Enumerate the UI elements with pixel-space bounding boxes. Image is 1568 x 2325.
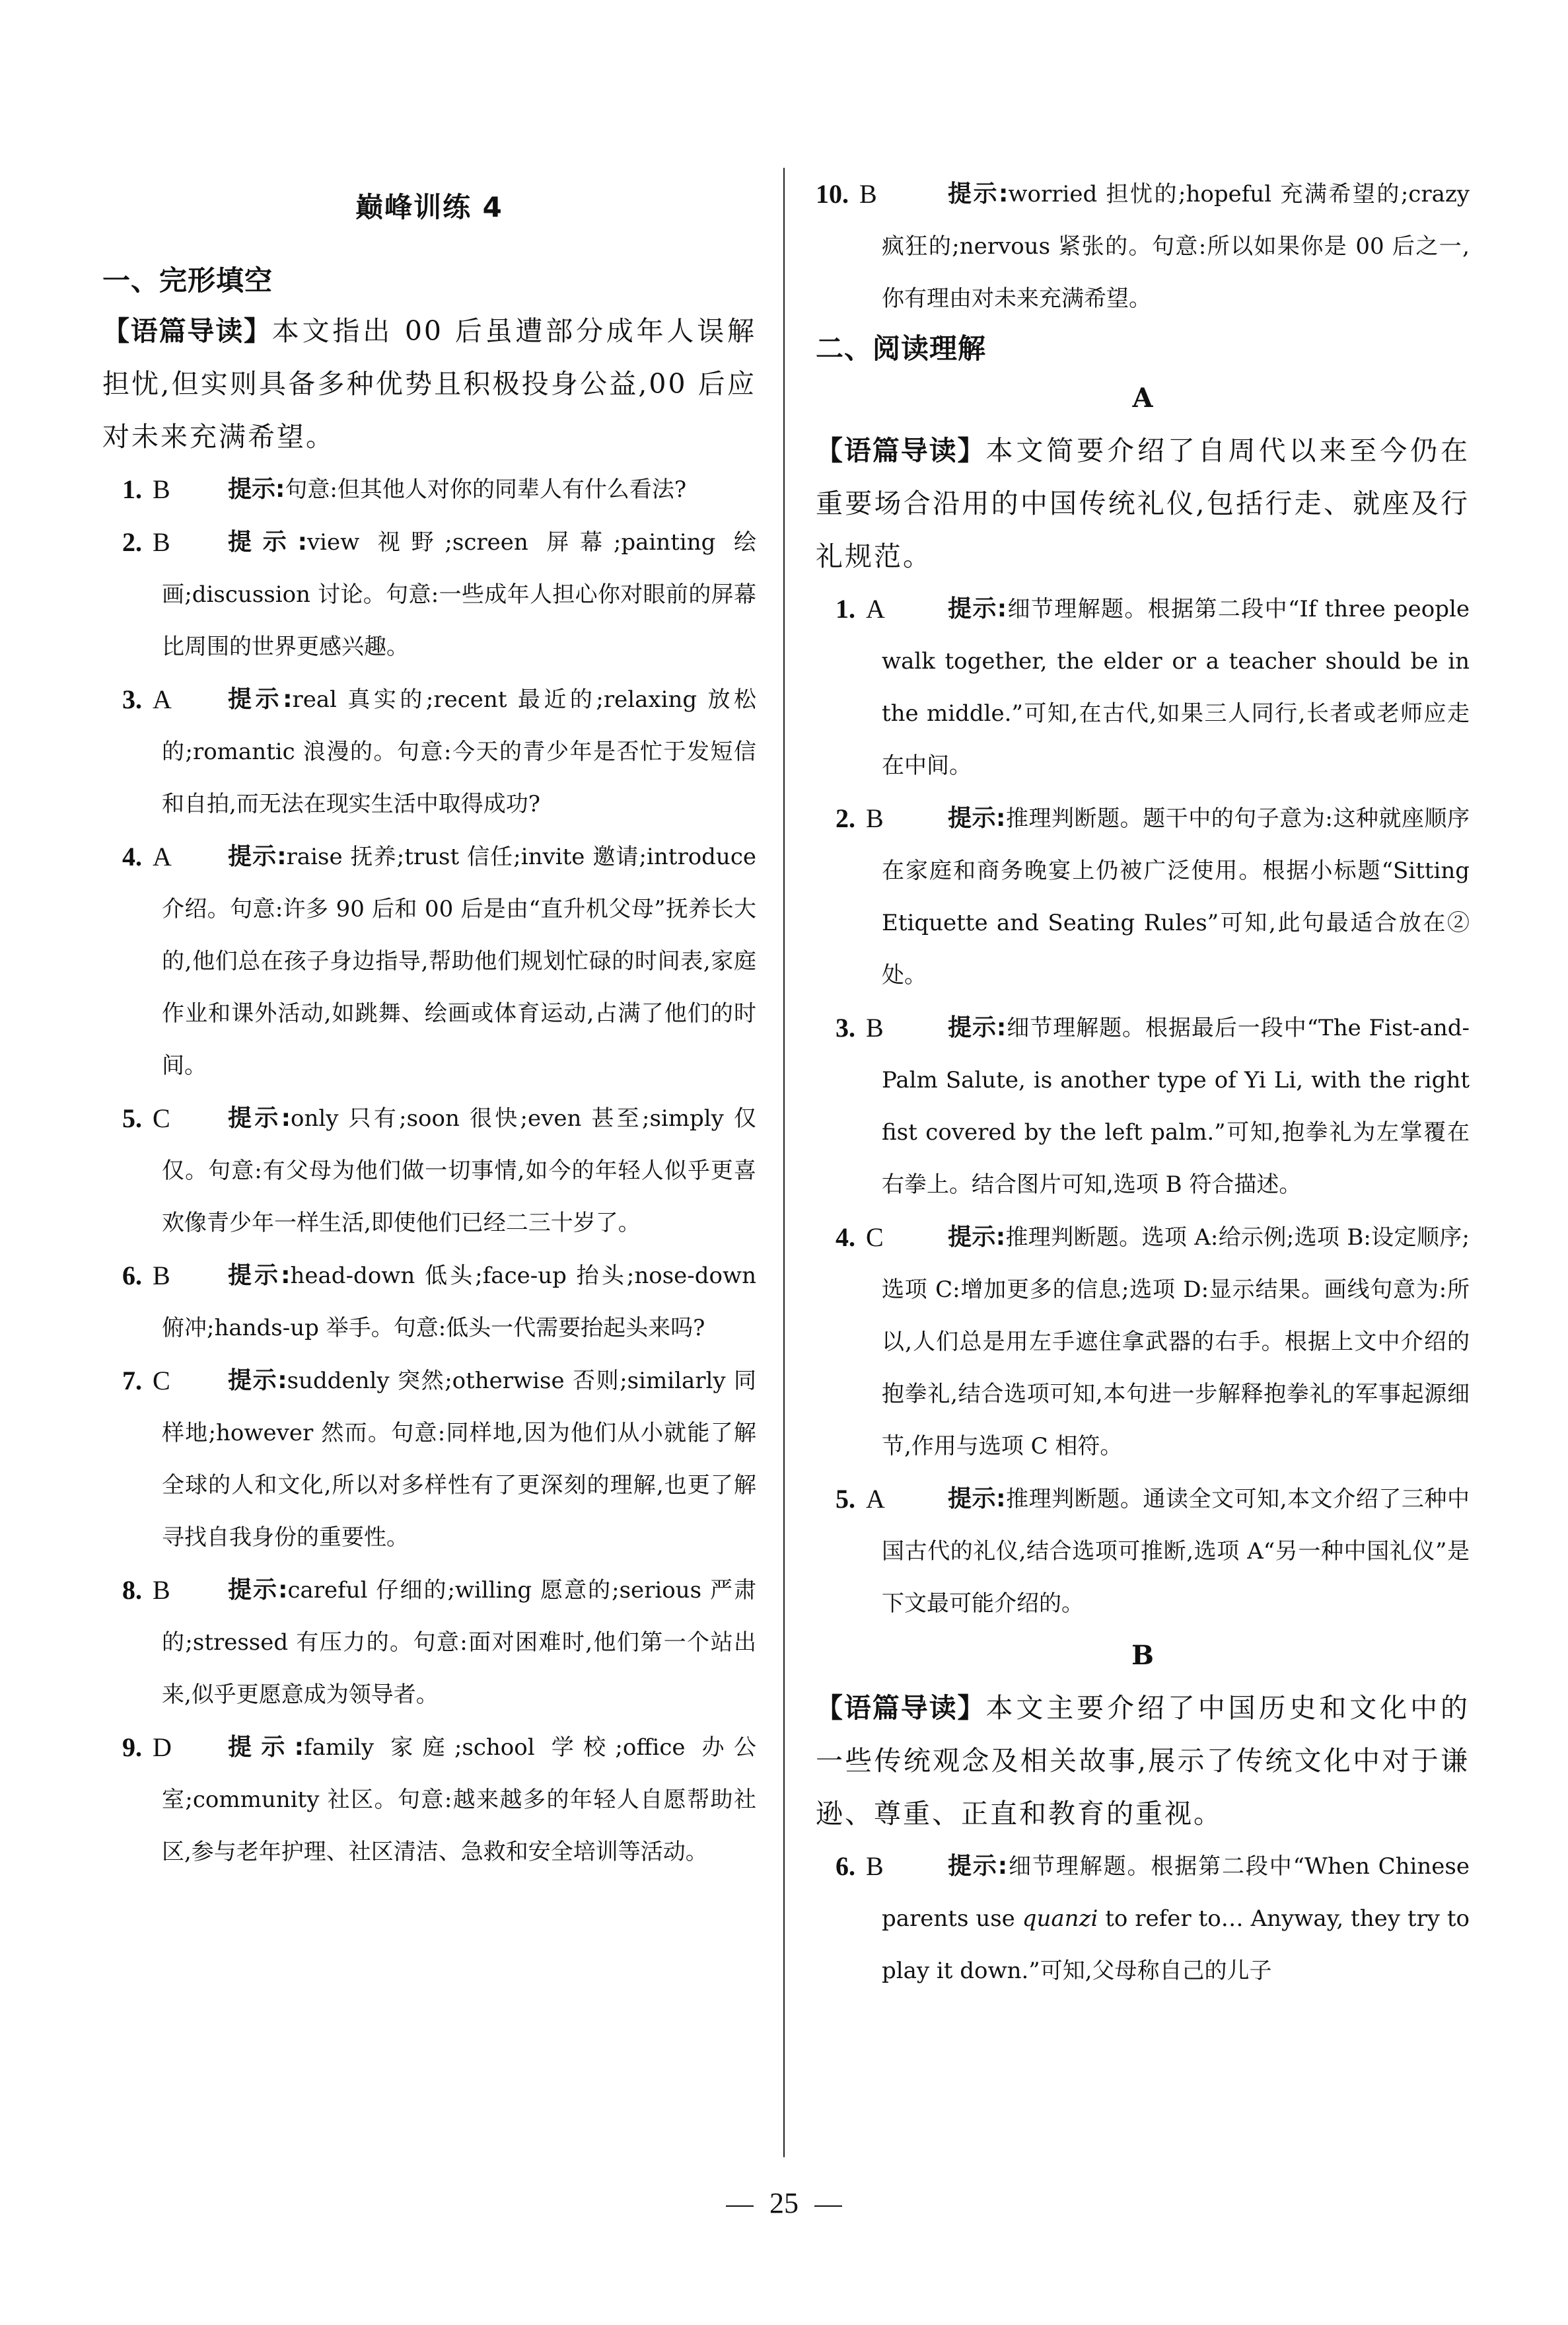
answer-item-7: 7.C 提示:suddenly 突然;otherwise 否则;similarl… (102, 1354, 756, 1564)
intro-label: 【语篇导读】 (816, 1692, 985, 1724)
hint-label: 提示: (228, 1105, 291, 1132)
hint-label: 提示: (948, 595, 1007, 622)
item-answer: B (153, 1261, 170, 1290)
intro-label: 【语篇导读】 (816, 435, 985, 466)
section-heading-cloze: 一、完形填空 (102, 257, 756, 305)
item-body: 提示:细节理解题。根据最后一段中“The Fist-and-Palm Salut… (882, 1002, 1470, 1211)
hint-text: 句意:但其他人对你的同辈人有什么看法? (285, 476, 686, 503)
item-head: 7.C (122, 1354, 170, 1409)
hint-label: 提示: (228, 1576, 287, 1604)
item-body: 提示:细节理解题。根据第二段中“When Chinese parents use… (882, 1840, 1470, 1997)
hint-text: 细节理解题。根据第二段中“If three people walk togeth… (882, 596, 1470, 779)
hint-label: 提示: (948, 805, 1005, 832)
item-head: 1.B (122, 463, 170, 517)
item-head: 4.A (122, 830, 172, 885)
item-body: 提示:推理判断题。选项 A:给示例;选项 B:设定顺序;选项 C:增加更多的信息… (882, 1211, 1470, 1473)
hint-label: 提示: (948, 1485, 1006, 1512)
passage-intro-cloze: 【语篇导读】本文指出 00 后虽遭部分成年人误解担忧,但实则具备多种优势且积极投… (102, 305, 756, 463)
item-answer: D (153, 1732, 172, 1762)
answer-item-1: 1.B 提示:句意:但其他人对你的同辈人有什么看法? (102, 463, 756, 516)
hint-label: 提示: (948, 1224, 1005, 1251)
answer-item-5: 5.C 提示:only 只有;soon 很快;even 甚至;simply 仅仅… (102, 1092, 756, 1249)
item-head: 1.A (836, 583, 885, 637)
page-number-value: 25 (769, 2187, 799, 2219)
answer-item-a4: 4.C 提示:推理判断题。选项 A:给示例;选项 B:设定顺序;选项 C:增加更… (816, 1211, 1470, 1473)
item-number: 8. (122, 1575, 142, 1605)
dash-right (814, 2205, 842, 2207)
item-body: 提示:推理判断题。题干中的句子意为:这种就座顺序在家庭和商务晚宴上仍被广泛使用。… (882, 792, 1470, 1002)
hint-label: 提示: (228, 1262, 291, 1289)
item-answer: B (866, 1851, 884, 1881)
page-title: 巅峰训练 4 (102, 188, 756, 257)
page-number: 25 (0, 2184, 1568, 2223)
item-answer: A (153, 842, 172, 871)
dash-left (726, 2205, 754, 2207)
passage-intro-b: 【语篇导读】本文主要介绍了中国历史和文化中的一些传统观念及相关故事,展示了传统文… (816, 1681, 1470, 1840)
hint-label: 提示: (228, 686, 292, 713)
item-answer: B (866, 1013, 884, 1043)
left-column: 巅峰训练 4 一、完形填空 【语篇导读】本文指出 00 后虽遭部分成年人误解担忧… (102, 168, 756, 1878)
answer-item-3: 3.A 提示:real 真实的;recent 最近的;relaxing 放松的;… (102, 673, 756, 830)
answer-item-9: 9.D 提示:family 家庭;school 学校;office 办公室;co… (102, 1721, 756, 1878)
right-column: 10.B 提示:worried 担忧的;hopeful 充满希望的;crazy … (816, 168, 1470, 1997)
passage-label-a: A (816, 373, 1470, 424)
item-body: 提示:suddenly 突然;otherwise 否则;similarly 同样… (162, 1354, 756, 1564)
item-answer: A (153, 684, 172, 714)
item-body: 提示:worried 担忧的;hopeful 充满希望的;crazy 疯狂的;n… (882, 168, 1470, 325)
answer-item-a2: 2.B 提示:推理判断题。题干中的句子意为:这种就座顺序在家庭和商务晚宴上仍被广… (816, 792, 1470, 1002)
hint-label: 提示: (228, 1734, 304, 1761)
answer-item-a1: 1.A 提示:细节理解题。根据第二段中“If three people walk… (816, 583, 1470, 792)
item-body: 提示:family 家庭;school 学校;office 办公室;commun… (162, 1721, 756, 1878)
item-body: 提示:view 视野;screen 屏幕;painting 绘画;discuss… (162, 516, 756, 673)
hint-label: 提示: (228, 529, 307, 556)
answer-item-8: 8.B 提示:careful 仔细的;willing 愿意的;serious 严… (102, 1564, 756, 1721)
item-body: 提示:细节理解题。根据第二段中“If three people walk tog… (882, 583, 1470, 792)
item-answer: B (153, 1575, 170, 1605)
item-number: 7. (122, 1366, 142, 1395)
item-body: 提示:only 只有;soon 很快;even 甚至;simply 仅仅。句意:… (162, 1092, 756, 1249)
hint-label: 提示: (228, 476, 285, 503)
item-number: 6. (122, 1261, 142, 1290)
item-number: 10. (816, 179, 849, 209)
item-body: 提示:real 真实的;recent 最近的;relaxing 放松的;roma… (162, 673, 756, 830)
answer-item-10: 10.B 提示:worried 担忧的;hopeful 充满希望的;crazy … (816, 168, 1470, 325)
intro-label: 【语篇导读】 (102, 315, 272, 347)
item-number: 4. (122, 842, 142, 871)
item-head: 6.B (122, 1249, 170, 1304)
item-number: 2. (122, 527, 142, 557)
hint-text: suddenly 突然;otherwise 否则;similarly 同样地;h… (162, 1368, 756, 1551)
hint-label: 提示: (948, 1014, 1006, 1041)
item-body: 提示:句意:但其他人对你的同辈人有什么看法? (162, 463, 756, 516)
item-head: 2.B (836, 792, 884, 846)
item-number: 3. (122, 684, 142, 714)
passage-label-b: B (816, 1630, 1470, 1681)
item-number: 2. (836, 803, 855, 833)
item-number: 6. (836, 1851, 855, 1881)
document-page: 巅峰训练 4 一、完形填空 【语篇导读】本文指出 00 后虽遭部分成年人误解担忧… (0, 0, 1568, 2325)
item-answer: A (866, 594, 885, 624)
item-head: 4.C (836, 1211, 884, 1265)
item-head: 2.B (122, 516, 170, 570)
hint-label: 提示: (948, 1853, 1007, 1880)
answer-item-6: 6.B 提示:head-down 低头;face-up 抬头;nose-down… (102, 1249, 756, 1354)
item-body: 提示:推理判断题。通读全文可知,本文介绍了三种中国古代的礼仪,结合选项可推断,选… (882, 1473, 1470, 1630)
hint-italic-term: quanzi (1022, 1905, 1098, 1932)
item-answer: B (866, 803, 884, 833)
item-answer: A (866, 1484, 885, 1514)
hint-label: 提示: (948, 180, 1008, 207)
item-head: 5.A (836, 1473, 885, 1527)
item-head: 5.C (122, 1092, 170, 1146)
hint-label: 提示: (228, 1367, 287, 1394)
hint-text: 推理判断题。选项 A:给示例;选项 B:设定顺序;选项 C:增加更多的信息;选项… (882, 1224, 1470, 1459)
hint-text: raise 抚养;trust 信任;invite 邀请;introduce 介绍… (162, 844, 756, 1079)
item-number: 1. (836, 594, 855, 624)
item-number: 4. (836, 1222, 855, 1252)
item-answer: B (153, 474, 170, 504)
item-body: 提示:careful 仔细的;willing 愿意的;serious 严肃的;s… (162, 1564, 756, 1721)
item-body: 提示:raise 抚养;trust 信任;invite 邀请;introduce… (162, 830, 756, 1092)
answer-item-2: 2.B 提示:view 视野;screen 屏幕;painting 绘画;dis… (102, 516, 756, 673)
answer-item-a5: 5.A 提示:推理判断题。通读全文可知,本文介绍了三种中国古代的礼仪,结合选项可… (816, 1473, 1470, 1630)
item-number: 5. (836, 1484, 855, 1514)
passage-intro-a: 【语篇导读】本文简要介绍了自周代以来至今仍在重要场合沿用的中国传统礼仪,包括行走… (816, 424, 1470, 583)
answer-item-b6: 6.B 提示:细节理解题。根据第二段中“When Chinese parents… (816, 1840, 1470, 1997)
answer-item-4: 4.A 提示:raise 抚养;trust 信任;invite 邀请;intro… (102, 830, 756, 1092)
item-answer: B (859, 179, 877, 209)
column-divider (783, 168, 785, 2157)
hint-text: 推理判断题。题干中的句子意为:这种就座顺序在家庭和商务晚宴上仍被广泛使用。根据小… (882, 805, 1470, 988)
item-number: 1. (122, 474, 142, 504)
item-head: 6.B (836, 1840, 884, 1894)
item-answer: C (153, 1103, 170, 1133)
hint-text: 细节理解题。根据最后一段中“The Fist-and-Palm Salute, … (882, 1015, 1470, 1198)
item-number: 5. (122, 1103, 142, 1133)
item-body: 提示:head-down 低头;face-up 抬头;nose-down 俯冲;… (162, 1249, 756, 1354)
item-answer: C (866, 1222, 884, 1252)
item-head: 9.D (122, 1721, 172, 1775)
section-heading-reading: 二、阅读理解 (816, 325, 1470, 373)
answer-item-a3: 3.B 提示:细节理解题。根据最后一段中“The Fist-and-Palm S… (816, 1002, 1470, 1211)
item-answer: C (153, 1366, 170, 1395)
item-head: 10.B (816, 168, 877, 222)
item-number: 9. (122, 1732, 142, 1762)
item-answer: B (153, 527, 170, 557)
hint-label: 提示: (228, 843, 287, 870)
item-head: 3.B (836, 1002, 884, 1056)
item-head: 8.B (122, 1564, 170, 1618)
item-number: 3. (836, 1013, 855, 1043)
item-head: 3.A (122, 673, 172, 727)
